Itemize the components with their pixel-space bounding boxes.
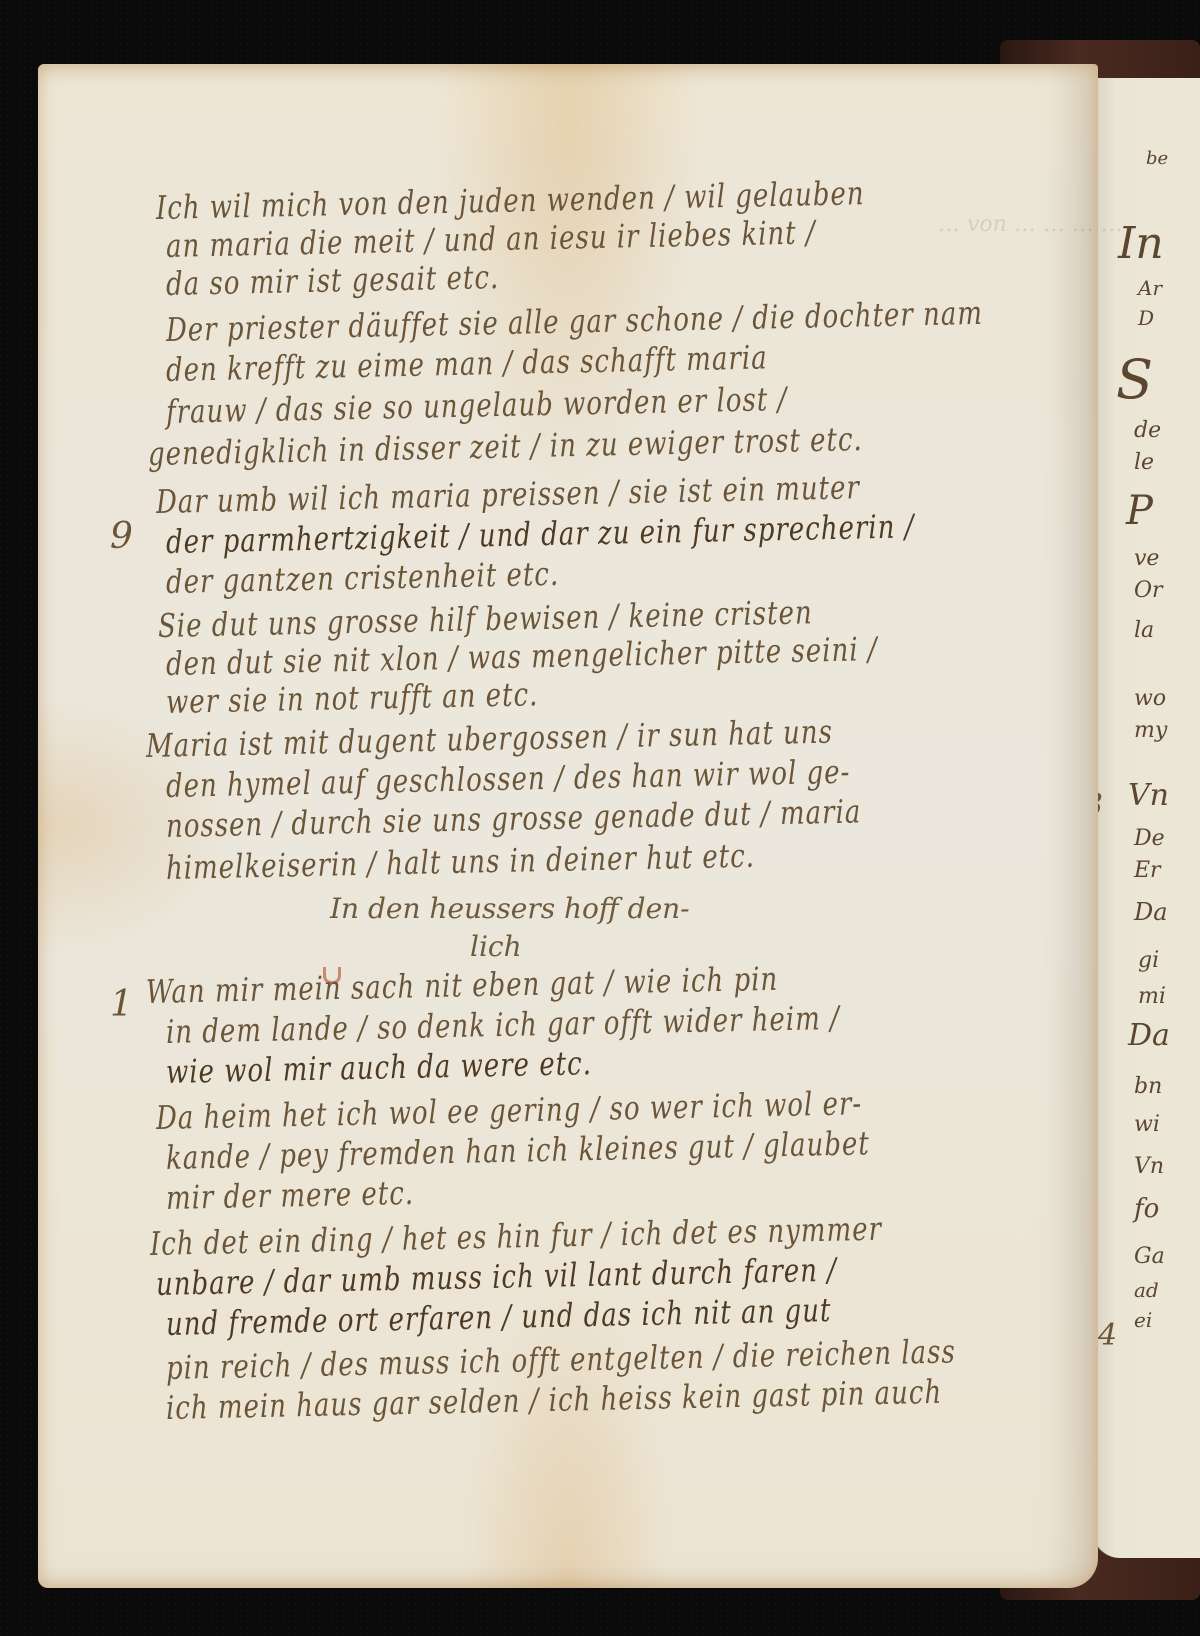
verse-number: 1 <box>110 984 133 1025</box>
text-fragment: my <box>1134 718 1167 743</box>
text-line: wer sie in not rufft an etc. <box>166 676 539 721</box>
text-fragment: Or <box>1134 578 1163 603</box>
text-fragment: wo <box>1134 686 1166 711</box>
text-fragment: P <box>1126 488 1153 534</box>
verse-number: 9 <box>110 516 133 557</box>
text-line: himelkeiserin / halt uns in deiner hut e… <box>166 838 756 888</box>
text-fragment: wi <box>1134 1112 1160 1137</box>
text-fragment: Da <box>1128 1018 1170 1053</box>
text-line: wie wol mir auch da were etc. <box>166 1045 593 1091</box>
text-fragment: Ga <box>1134 1244 1165 1269</box>
text-fragment: S <box>1116 348 1153 411</box>
text-line: mir der mere etc. <box>166 1175 415 1218</box>
text-fragment: Ar <box>1138 276 1162 300</box>
text-fragment: ve <box>1134 546 1159 571</box>
text-fragment: ad <box>1134 1278 1159 1302</box>
manuscript-page: … von … … … … Ich wil mich von den juden… <box>38 64 1098 1588</box>
facing-page-edge: 2 3 4 be In Ar D S de le P ve Or la wo m… <box>1090 78 1200 1558</box>
text-fragment: gi <box>1138 948 1159 973</box>
text-fragment: Vn <box>1128 778 1169 813</box>
text-fragment: In <box>1118 218 1164 269</box>
section-heading: In den heussers hoff den- <box>330 892 690 925</box>
text-line: da so mir ist gesait etc. <box>166 259 500 303</box>
text-fragment: mi <box>1138 984 1166 1009</box>
text-fragment: D <box>1138 306 1154 330</box>
text-fragment: Vn <box>1134 1154 1164 1179</box>
text-fragment: de <box>1134 418 1161 443</box>
text-line: Der priester däuffet sie alle gar schone… <box>166 295 984 350</box>
text-fragment: le <box>1134 450 1154 475</box>
text-fragment: bn <box>1134 1074 1162 1099</box>
text-fragment: De <box>1134 826 1165 851</box>
verse-number: 4 <box>1098 1318 1117 1353</box>
text-fragment: fo <box>1134 1194 1159 1224</box>
text-fragment: be <box>1146 148 1168 169</box>
text-fragment: ei <box>1134 1308 1152 1332</box>
text-fragment: Er <box>1134 858 1161 883</box>
show-through-text: … von … … … … <box>938 212 1123 237</box>
text-fragment: la <box>1134 618 1154 643</box>
text-fragment: Da <box>1134 898 1168 926</box>
text-block: … von … … … … Ich wil mich von den juden… <box>38 64 1098 1588</box>
section-heading: lich <box>470 930 522 963</box>
text-line: der gantzen cristenheit etc. <box>166 556 560 602</box>
